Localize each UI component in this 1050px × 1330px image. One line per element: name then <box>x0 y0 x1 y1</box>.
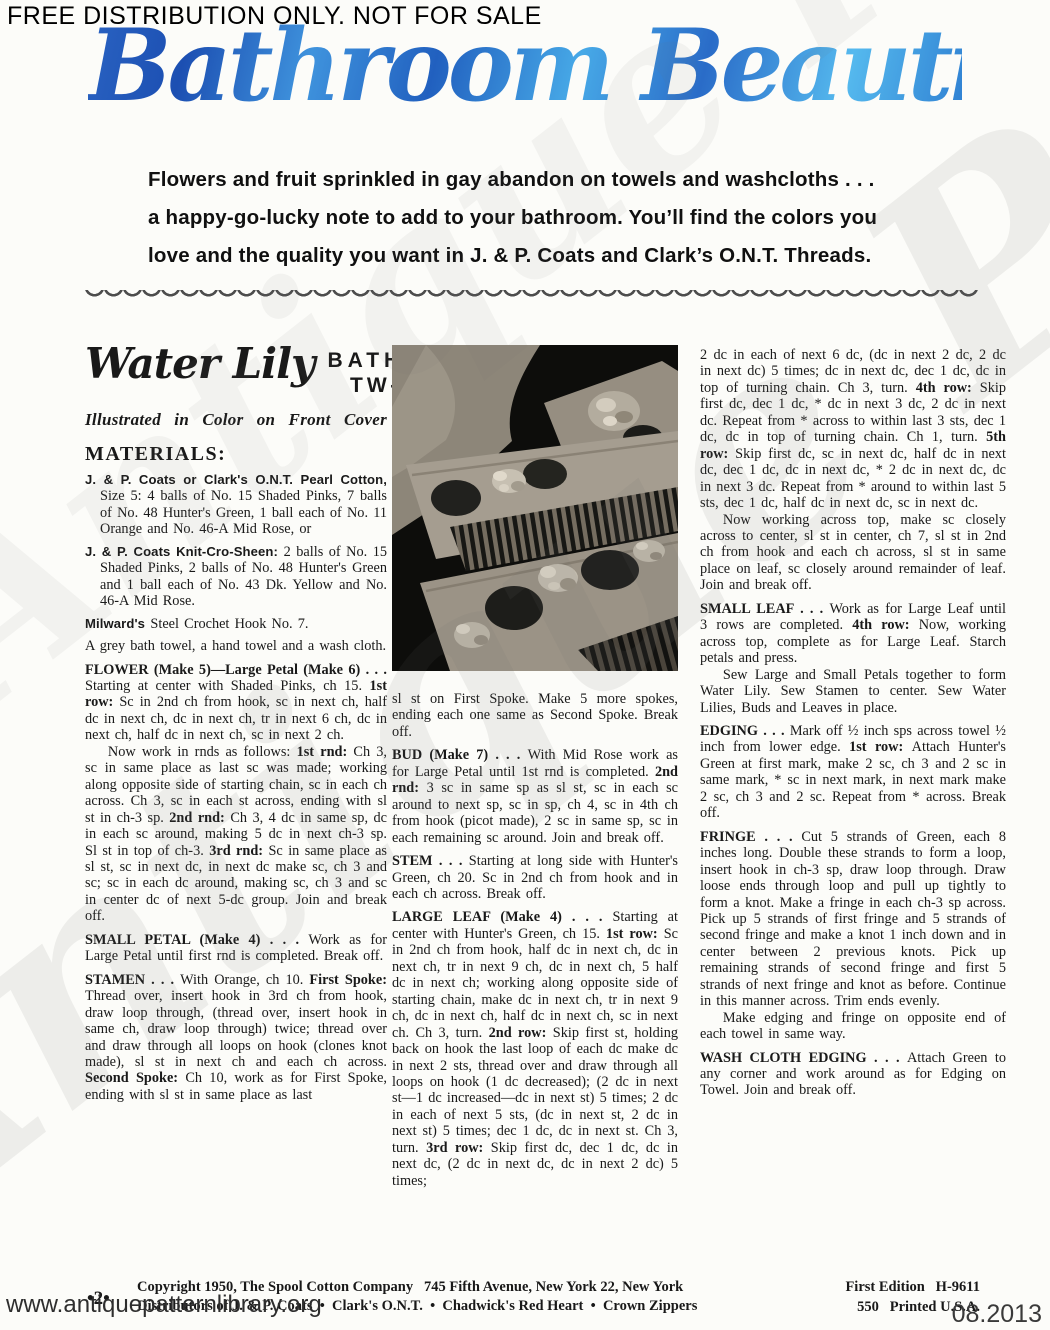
paragraph: 2 dc in each of next 6 dc, (dc in next 2… <box>700 347 1006 512</box>
materials-heading: MATERIALS: <box>85 443 387 466</box>
intro-line: love and the quality you want in J. & P.… <box>148 237 920 275</box>
footer-edition-line: First Edition H-9611 <box>845 1279 980 1296</box>
paragraph: J. & P. Coats Knit-Cro-Sheen: 2 balls of… <box>85 544 387 610</box>
column-left: Water Lily BATH SET TW-350 Illustrated i… <box>85 341 387 1103</box>
middle-column-text: sl st on First Spoke. Make 5 more spokes… <box>392 691 678 1189</box>
paragraph: Sew Large and Small Petals together to f… <box>700 667 1006 716</box>
right-column-text: 2 dc in each of next 6 dc, (dc in next 2… <box>700 347 1006 1099</box>
archive-date-watermark: 08.2013 <box>952 1300 1042 1329</box>
archive-url-watermark: www.antiquepatternlibrary.org <box>6 1291 322 1319</box>
paragraph: WASH CLOTH EDGING . . . Attach Green to … <box>700 1050 1006 1099</box>
paragraph: STEM . . . Starting at long side with Hu… <box>392 853 678 902</box>
paragraph: Make edging and fringe on opposite end o… <box>700 1010 1006 1043</box>
paragraph: EDGING . . . Mark off ½ inch sps across … <box>700 723 1006 822</box>
pattern-heading: Water Lily BATH SET TW-350 <box>85 341 387 397</box>
scan-header-note: FREE DISTRIBUTION ONLY. NOT FOR SALE <box>7 2 542 31</box>
paragraph: SMALL PETAL (Make 4) . . . Work as for L… <box>85 932 387 965</box>
paragraph: FLOWER (Make 5)—Large Petal (Make 6) . .… <box>85 662 387 744</box>
bath-set-photo <box>392 345 678 671</box>
paragraph: LARGE LEAF (Make 4) . . . Starting at ce… <box>392 909 678 1189</box>
paragraph: A grey bath towel, a hand towel and a wa… <box>85 638 387 654</box>
paragraph: J. & P. Coats or Clark's O.N.T. Pearl Co… <box>85 472 387 538</box>
paragraph: Now working across top, make sc closely … <box>700 512 1006 594</box>
column-middle: sl st on First Spoke. Make 5 more spokes… <box>392 345 678 1189</box>
paragraph: FRINGE . . . Cut 5 strands of Green, eac… <box>700 829 1006 1010</box>
paragraph: STAMEN . . . With Orange, ch 10. First S… <box>85 972 387 1104</box>
pattern-subtitle: Illustrated in Color on Front Cover <box>85 410 387 430</box>
intro-text: Flowers and fruit sprinkled in gay aband… <box>148 161 920 275</box>
paragraph: Now work in rnds as follows: 1st rnd: Ch… <box>85 744 387 925</box>
paragraph: sl st on First Spoke. Make 5 more spokes… <box>392 691 678 740</box>
left-column-text: J. & P. Coats or Clark's O.N.T. Pearl Co… <box>85 472 387 1103</box>
pattern-name-script: Water Lily <box>85 341 314 387</box>
paragraph: Milward's Steel Crochet Hook No. 7. <box>85 616 387 632</box>
paragraph: SMALL LEAF . . . Work as for Large Leaf … <box>700 601 1006 667</box>
page: FREE DISTRIBUTION ONLY. NOT FOR SALE Bat… <box>0 0 1050 1330</box>
intro-line: Flowers and fruit sprinkled in gay aband… <box>148 161 920 199</box>
scallop-divider <box>85 290 978 299</box>
column-right: 2 dc in each of next 6 dc, (dc in next 2… <box>700 341 1006 1099</box>
paragraph: BUD (Make 7) . . . With Mid Rose work as… <box>392 747 678 846</box>
intro-line: a happy-go-lucky note to add to your bat… <box>148 199 920 237</box>
